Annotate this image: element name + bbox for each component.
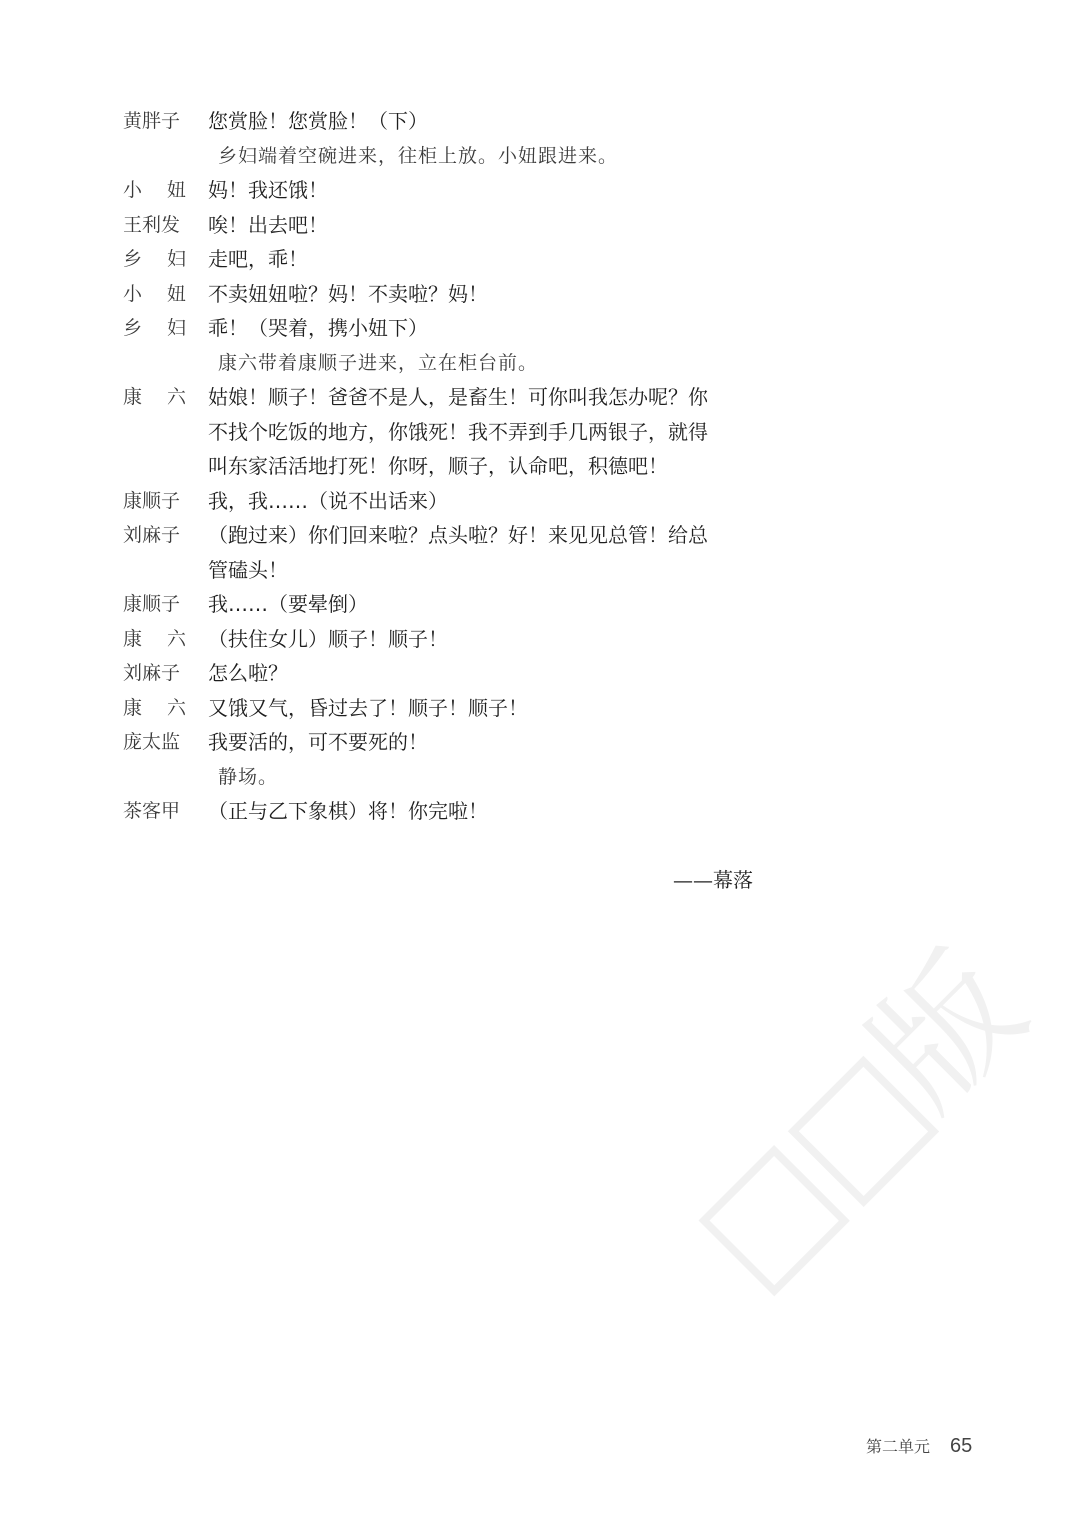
speaker-char: 六 — [167, 380, 186, 415]
speaker-char: 康 — [123, 380, 142, 415]
speech-text: 怎么啦？ — [208, 656, 763, 691]
speech-text: 不卖妞妞啦？妈！不卖啦？妈！ — [208, 277, 763, 312]
speaker-char: 康 — [123, 691, 142, 726]
speaker-name: 小 妞 — [123, 277, 186, 312]
speaker-char: 妇 — [167, 311, 186, 346]
dialogue-continuation: 不找个吃饭的地方，你饿死！我不弄到手几两银子，就得 — [123, 415, 763, 450]
dialogue-continuation: 管磕头！ — [123, 553, 763, 588]
speech-text: 又饿又气，昏过去了！顺子！顺子！ — [208, 691, 763, 726]
speech-text: 我……（要晕倒） — [208, 587, 763, 622]
speaker-name: 乡 妇 — [123, 242, 186, 277]
watermark: □□版 — [640, 907, 1055, 1322]
speech-text: 乖！（哭着，携小妞下） — [208, 311, 763, 346]
speaker-char: 康 — [123, 622, 142, 657]
speaker-char: 妇 — [167, 242, 186, 277]
dialogue-line: 茶客甲 （正与乙下象棋）将！你完啦！ — [123, 794, 763, 829]
speaker-name: 小 妞 — [123, 173, 186, 208]
speaker-name: 康 六 — [123, 691, 186, 726]
speaker-char: 妞 — [167, 173, 186, 208]
speech-text: （正与乙下象棋）将！你完啦！ — [208, 794, 763, 829]
speech-text: 我，我……（说不出话来） — [208, 484, 763, 519]
speech-text: 您赏脸！您赏脸！（下） — [208, 104, 763, 139]
speech-text: （扶住女儿）顺子！顺子！ — [208, 622, 763, 657]
speech-text: 叫东家活活地打死！你呀，顺子，认命吧，积德吧！ — [208, 449, 763, 484]
page-footer: 第二单元 65 — [866, 1434, 972, 1458]
stage-direction: 康六带着康顺子进来，立在柜台前。 — [218, 346, 538, 381]
speaker-name: 王利发 — [123, 208, 186, 243]
speech-text: 管磕头！ — [208, 553, 763, 588]
speaker-name: 刘麻子 — [123, 656, 186, 691]
play-script: 黄胖子 您赏脸！您赏脸！（下） 乡妇端着空碗进来，往柜上放。小妞跟进来。 小 妞… — [123, 104, 763, 829]
speech-text: 不找个吃饭的地方，你饿死！我不弄到手几两银子，就得 — [208, 415, 763, 450]
dialogue-line: 康顺子 我，我……（说不出话来） — [123, 484, 763, 519]
dialogue-line: 康顺子 我……（要晕倒） — [123, 587, 763, 622]
dialogue-line: 刘麻子 怎么啦？ — [123, 656, 763, 691]
speaker-name: 康 六 — [123, 380, 186, 415]
dialogue-line: 黄胖子 您赏脸！您赏脸！（下） — [123, 104, 763, 139]
speaker-name: 黄胖子 — [123, 104, 186, 139]
speaker-name: 庞太监 — [123, 725, 186, 760]
dialogue-line: 康 六 又饿又气，昏过去了！顺子！顺子！ — [123, 691, 763, 726]
speaker-name: 康顺子 — [123, 587, 186, 622]
stage-direction: 静场。 — [218, 760, 278, 795]
dialogue-continuation: 叫东家活活地打死！你呀，顺子，认命吧，积德吧！ — [123, 449, 763, 484]
stage-direction: 乡妇端着空碗进来，往柜上放。小妞跟进来。 — [218, 139, 618, 174]
curtain-fall: ——幕落 — [673, 864, 753, 893]
dialogue-line: 康 六 （扶住女儿）顺子！顺子！ — [123, 622, 763, 657]
dialogue-line: 王利发 唉！出去吧！ — [123, 208, 763, 243]
stage-direction-line: 乡妇端着空碗进来，往柜上放。小妞跟进来。 — [123, 139, 763, 174]
dialogue-line: 庞太监 我要活的，可不要死的！ — [123, 725, 763, 760]
dialogue-line: 小 妞 妈！我还饿！ — [123, 173, 763, 208]
textbook-page: □□版 黄胖子 您赏脸！您赏脸！（下） 乡妇端着空碗进来，往柜上放。小妞跟进来。… — [0, 0, 1080, 1527]
speech-text: （跑过来）你们回来啦？点头啦？好！来见见总管！给总 — [208, 518, 763, 553]
speaker-char: 乡 — [123, 311, 142, 346]
unit-label: 第二单元 — [866, 1434, 930, 1457]
speaker-char: 六 — [167, 622, 186, 657]
dialogue-line: 刘麻子 （跑过来）你们回来啦？点头啦？好！来见见总管！给总 — [123, 518, 763, 553]
dialogue-line: 乡 妇 走吧，乖！ — [123, 242, 763, 277]
stage-direction-line: 静场。 — [123, 760, 763, 795]
speaker-name: 康顺子 — [123, 484, 186, 519]
page-number: 65 — [950, 1435, 972, 1458]
dialogue-line: 康 六 姑娘！顺子！爸爸不是人，是畜生！可你叫我怎办呢？你 — [123, 380, 763, 415]
speaker-char: 六 — [167, 691, 186, 726]
speaker-char: 乡 — [123, 242, 142, 277]
speaker-char: 小 — [123, 173, 142, 208]
speaker-name: 茶客甲 — [123, 794, 186, 829]
speaker-char: 妞 — [167, 277, 186, 312]
speaker-name: 刘麻子 — [123, 518, 186, 553]
stage-direction-line: 康六带着康顺子进来，立在柜台前。 — [123, 346, 763, 381]
speaker-name: 康 六 — [123, 622, 186, 657]
speech-text: 姑娘！顺子！爸爸不是人，是畜生！可你叫我怎办呢？你 — [208, 380, 763, 415]
speech-text: 唉！出去吧！ — [208, 208, 763, 243]
speech-text: 妈！我还饿！ — [208, 173, 763, 208]
speech-text: 走吧，乖！ — [208, 242, 763, 277]
dialogue-line: 乡 妇 乖！（哭着，携小妞下） — [123, 311, 763, 346]
dialogue-line: 小 妞 不卖妞妞啦？妈！不卖啦？妈！ — [123, 277, 763, 312]
speaker-name: 乡 妇 — [123, 311, 186, 346]
speaker-char: 小 — [123, 277, 142, 312]
speech-text: 我要活的，可不要死的！ — [208, 725, 763, 760]
